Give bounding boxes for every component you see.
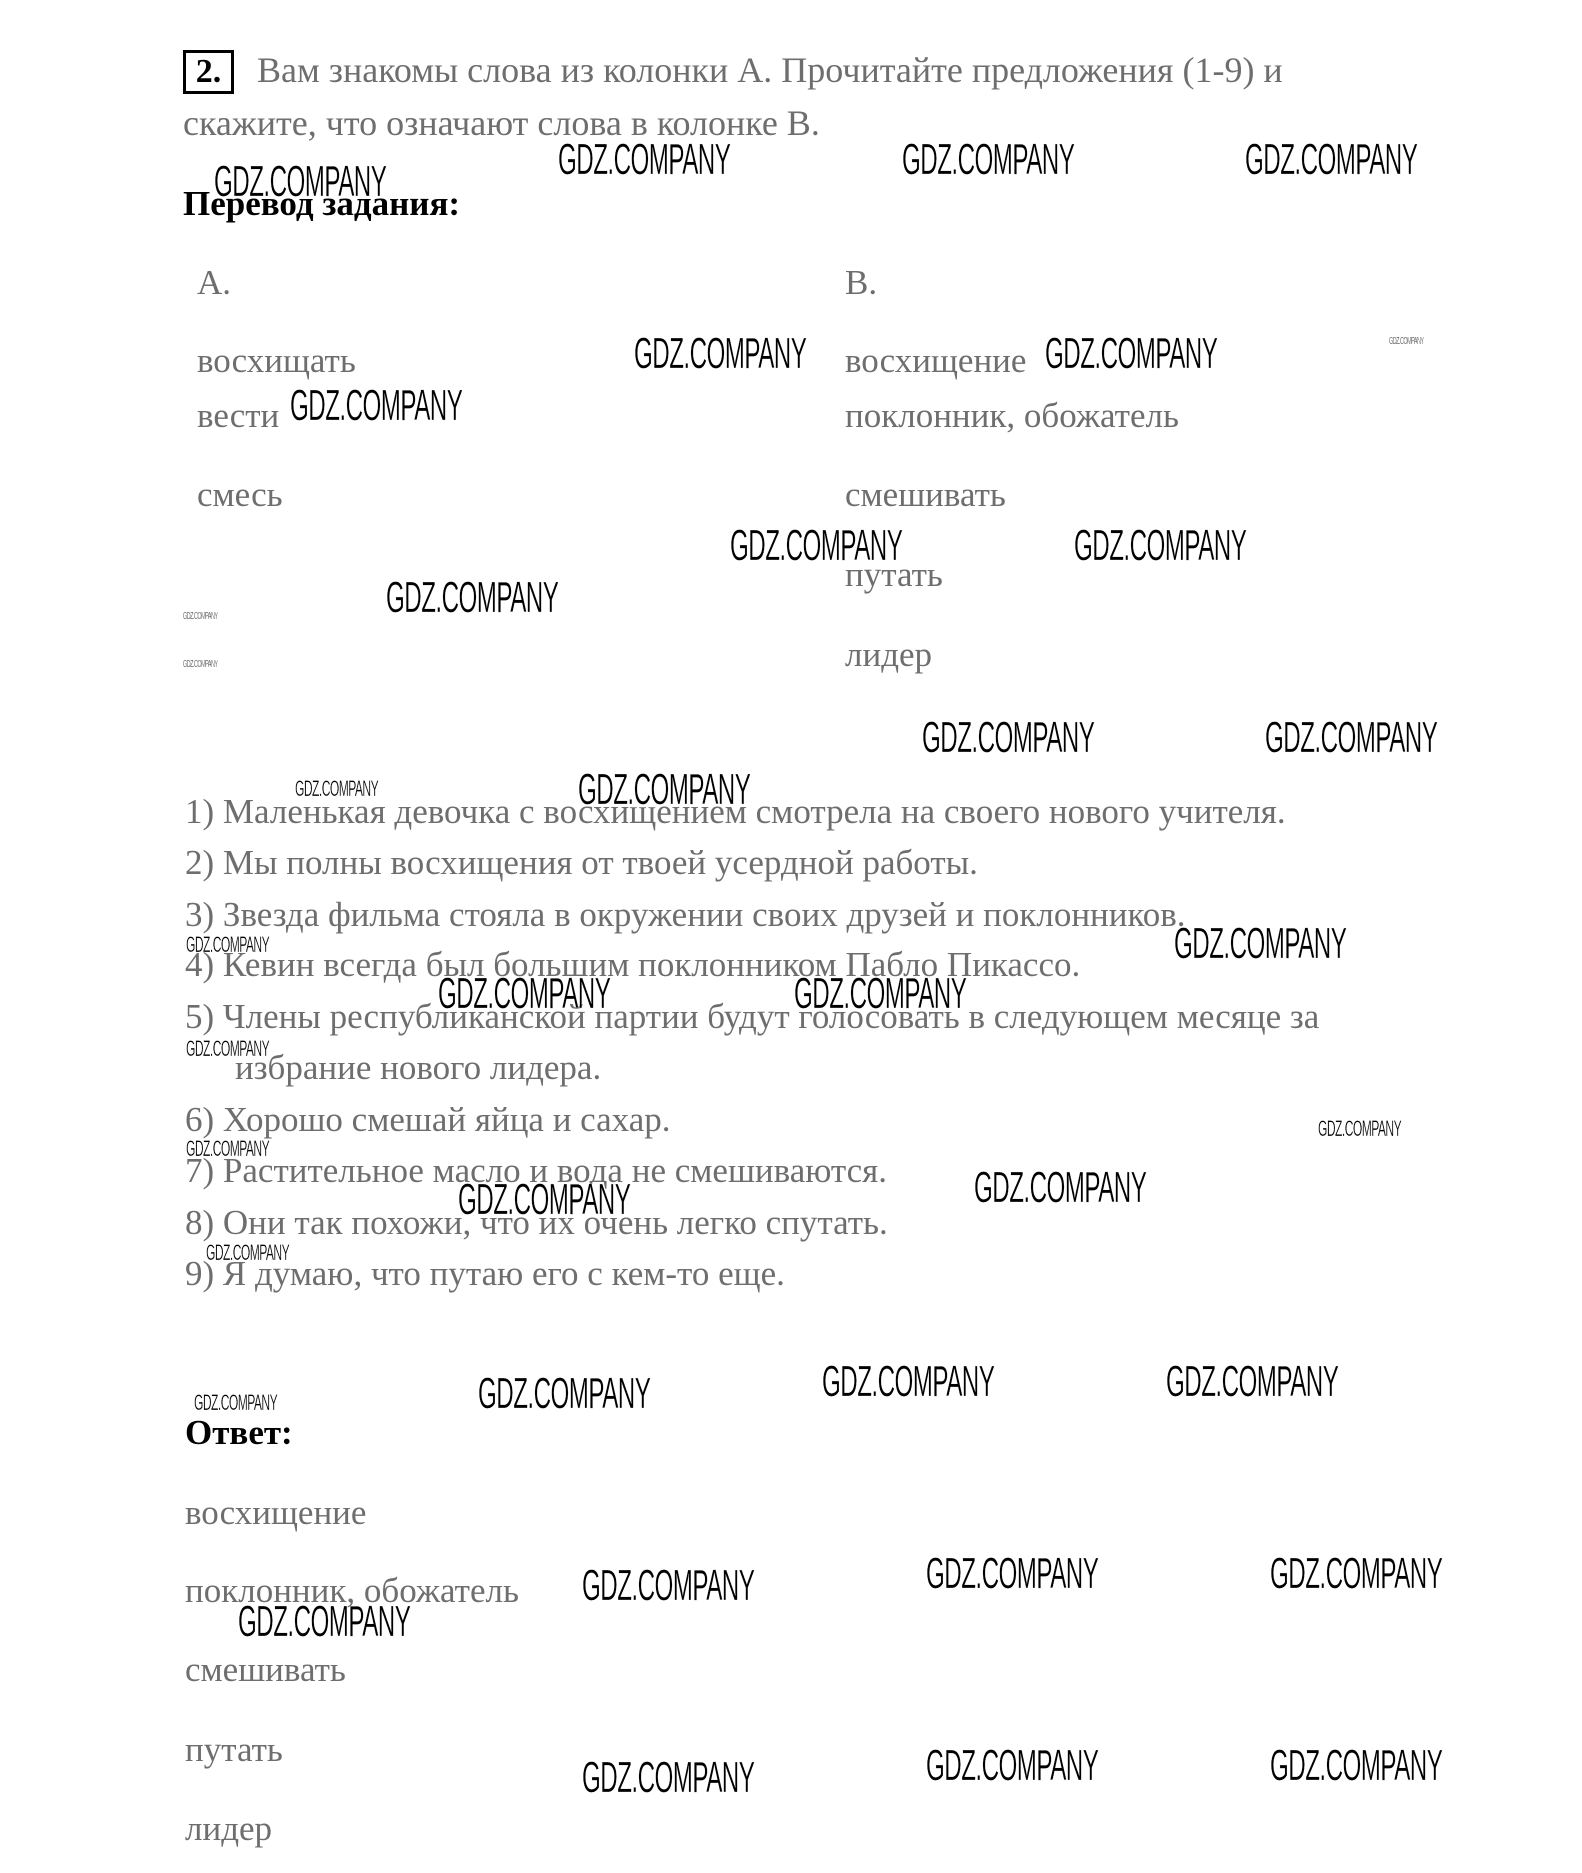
watermark: GDZ.COMPANY <box>1166 1360 1338 1404</box>
watermark: GDZ.COMPANY <box>183 660 217 670</box>
watermark: GDZ.COMPANY <box>926 1552 1098 1596</box>
watermark: GDZ.COMPANY <box>478 1372 650 1416</box>
watermark: GDZ.COMPANY <box>634 332 806 376</box>
watermark: GDZ.COMPANY <box>386 576 558 620</box>
watermark: GDZ.COMPANY <box>1265 716 1437 760</box>
watermark: GDZ.COMPANY <box>1270 1552 1442 1596</box>
column-b-word: поклонник, обожатель <box>845 398 1179 433</box>
task-number-box: 2. <box>183 50 234 94</box>
watermark: GDZ.COMPANY <box>1074 524 1246 568</box>
answer-item: лидер <box>185 1811 272 1846</box>
watermark: GDZ.COMPANY <box>206 1242 289 1264</box>
column-b-word: восхищение <box>845 343 1026 378</box>
watermark: GDZ.COMPANY <box>186 1038 269 1060</box>
instruction-line-1: Вам знакомы слова из колонки А. Прочитай… <box>257 52 1283 88</box>
sentence-item: 2) Мы полны восхищения от твоей усердной… <box>185 845 978 880</box>
answer-item: восхищение <box>185 1495 366 1530</box>
watermark: GDZ.COMPANY <box>1270 1744 1442 1788</box>
sentence-item: 3) Звезда фильма стояла в окружении свои… <box>185 897 1186 932</box>
watermark: GDZ.COMPANY <box>1245 138 1417 182</box>
watermark: GDZ.COMPANY <box>974 1166 1146 1210</box>
answer-item: смешивать <box>185 1652 346 1687</box>
watermark: GDZ.COMPANY <box>578 768 750 812</box>
watermark: GDZ.COMPANY <box>290 384 462 428</box>
watermark: GDZ.COMPANY <box>1389 337 1423 347</box>
sentence-item-continuation: избрание нового лидера. <box>235 1050 601 1085</box>
watermark: GDZ.COMPANY <box>902 138 1074 182</box>
column-a-word: смесь <box>197 477 283 512</box>
watermark: GDZ.COMPANY <box>1045 332 1217 376</box>
sentence-item: 5) Члены республиканской партии будут го… <box>185 999 1319 1034</box>
column-b-word: смешивать <box>845 477 1006 512</box>
column-a-word: вести <box>197 398 279 433</box>
watermark: GDZ.COMPANY <box>922 716 1094 760</box>
sentence-item: 6) Хорошо смешай яйца и сахар. <box>185 1102 671 1137</box>
watermark: GDZ.COMPANY <box>183 612 217 622</box>
watermark: GDZ.COMPANY <box>238 1600 410 1644</box>
watermark: GDZ.COMPANY <box>582 1564 754 1608</box>
watermark: GDZ.COMPANY <box>186 934 269 956</box>
watermark: GDZ.COMPANY <box>214 160 386 204</box>
watermark: GDZ.COMPANY <box>794 972 966 1016</box>
watermark: GDZ.COMPANY <box>458 1178 630 1222</box>
watermark: GDZ.COMPANY <box>582 1756 754 1800</box>
watermark: GDZ.COMPANY <box>730 524 902 568</box>
watermark: GDZ.COMPANY <box>926 1744 1098 1788</box>
column-b-word: лидер <box>845 637 932 672</box>
watermark: GDZ.COMPANY <box>186 1138 269 1160</box>
watermark: GDZ.COMPANY <box>1318 1118 1401 1140</box>
answer-heading: Ответ: <box>185 1415 293 1450</box>
column-a-label: А. <box>197 265 231 300</box>
watermark: GDZ.COMPANY <box>194 1392 277 1414</box>
column-a-word: восхищать <box>197 343 356 378</box>
watermark: GDZ.COMPANY <box>438 972 610 1016</box>
column-b-label: В. <box>845 265 877 300</box>
watermark: GDZ.COMPANY <box>1174 922 1346 966</box>
answer-item: путать <box>185 1732 283 1767</box>
watermark: GDZ.COMPANY <box>558 138 730 182</box>
watermark: GDZ.COMPANY <box>295 778 378 800</box>
watermark: GDZ.COMPANY <box>822 1360 994 1404</box>
